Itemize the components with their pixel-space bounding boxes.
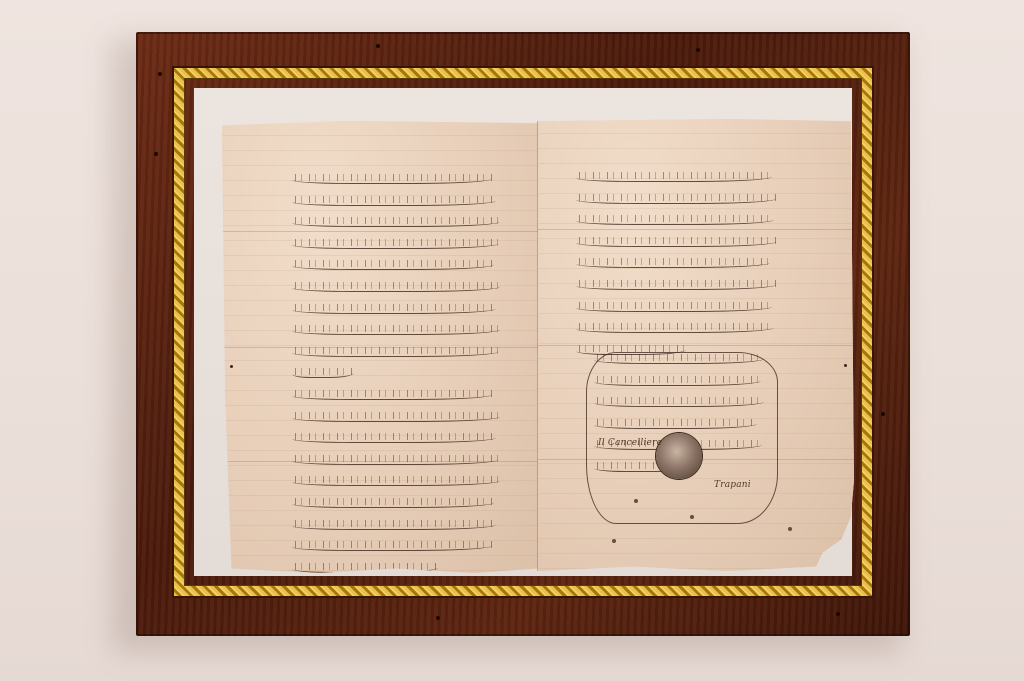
wood-wormhole <box>376 44 380 48</box>
wood-wormhole <box>158 72 162 76</box>
glass-mat: Il Cancelliere Trapani <box>194 88 852 576</box>
signature-left: Il Cancelliere <box>598 438 662 448</box>
signature-right: Trapani <box>714 480 751 490</box>
manuscript-left-page <box>222 121 538 573</box>
pin-mark <box>230 365 233 368</box>
picture-frame: Il Cancelliere Trapani <box>136 32 910 636</box>
wood-wormhole <box>881 412 885 416</box>
ink-spot <box>788 527 792 531</box>
ink-spot <box>612 539 616 543</box>
wood-wormhole <box>836 612 840 616</box>
pin-mark <box>844 364 847 367</box>
right-page-text <box>576 169 776 363</box>
wood-wormhole <box>436 616 440 620</box>
left-page-text <box>292 171 500 668</box>
wax-seal-icon <box>656 433 702 479</box>
gilt-liner: Il Cancelliere Trapani <box>174 68 872 596</box>
wood-wormhole <box>696 48 700 52</box>
wood-wormhole <box>154 152 158 156</box>
